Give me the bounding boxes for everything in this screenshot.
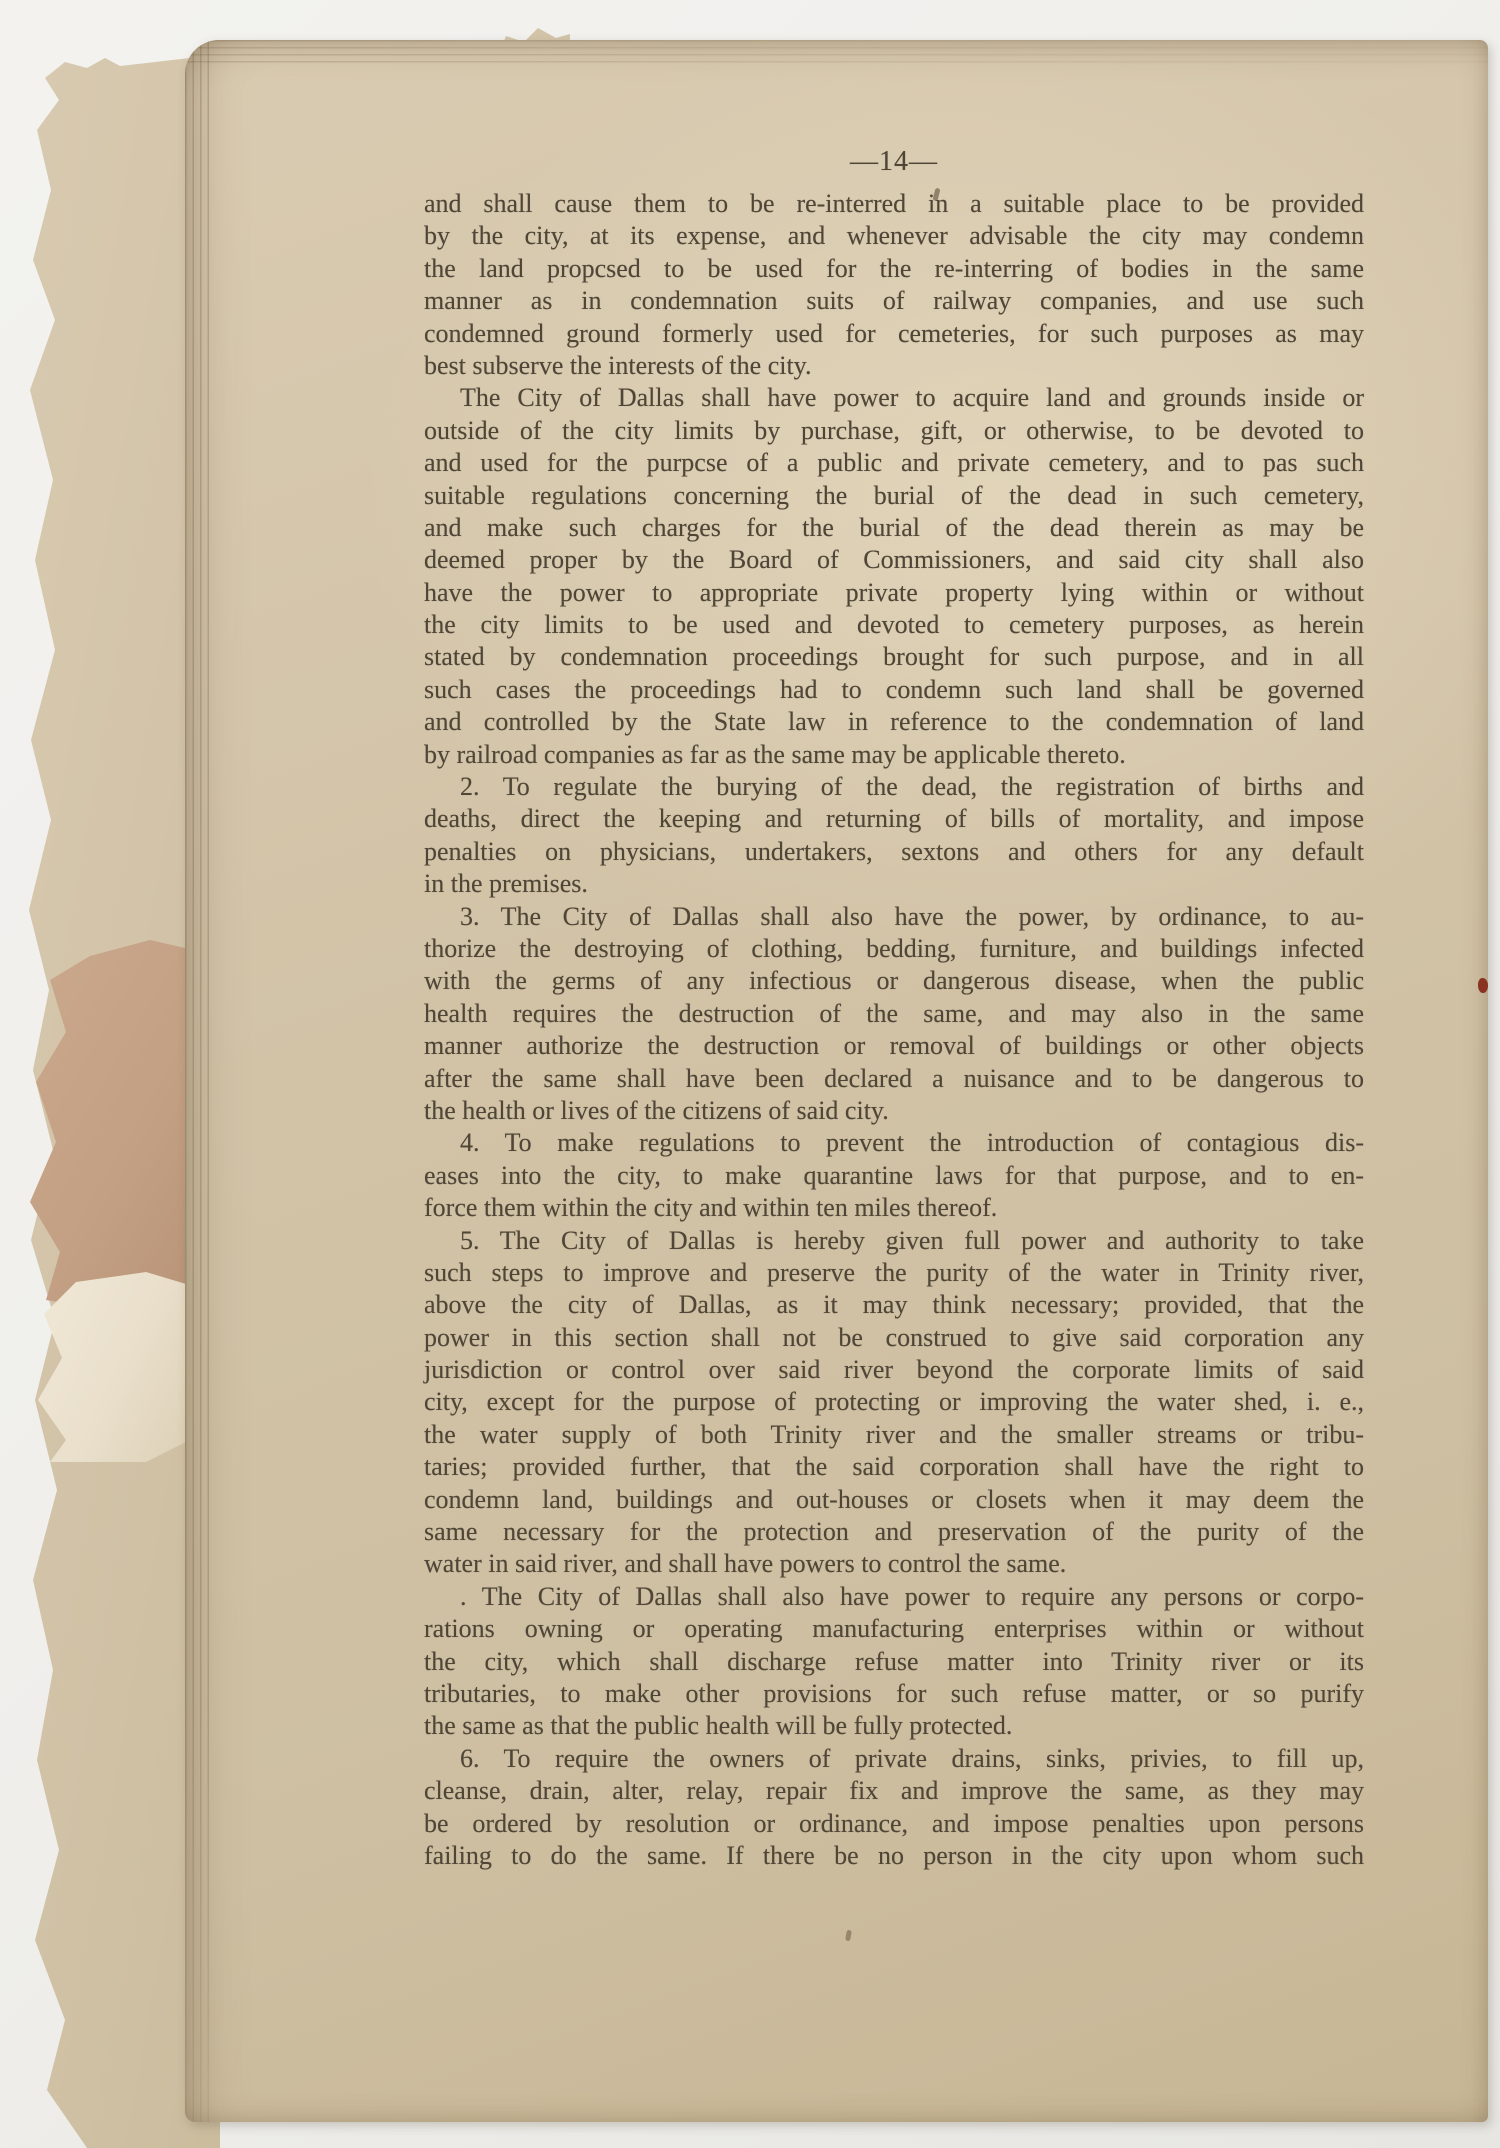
text-line: force them within the city and within te…: [424, 1192, 1364, 1224]
text-line: be ordered by resolution or ordinance, a…: [424, 1808, 1364, 1840]
book-page: —14— and shall cause them to be re-inter…: [185, 40, 1488, 2122]
text-line: with the germs of any infectious or dang…: [424, 965, 1364, 997]
text-line: . The City of Dallas shall also have pow…: [424, 1581, 1364, 1613]
paragraph: The City of Dallas shall have power to a…: [424, 382, 1364, 771]
text-line: manner authorize the destruction or remo…: [424, 1030, 1364, 1062]
page-stack-edges-top: [185, 40, 1488, 66]
page-stack-edges-left: [185, 40, 215, 2122]
text-line: deaths, direct the keeping and returning…: [424, 803, 1364, 835]
text-line: eases into the city, to make quarantine …: [424, 1160, 1364, 1192]
text-line: by railroad companies as far as the same…: [424, 739, 1364, 771]
text-line: by the city, at its expense, and wheneve…: [424, 220, 1364, 252]
text-line: failing to do the same. If there be no p…: [424, 1840, 1364, 1872]
text-line: thorize the destroying of clothing, bedd…: [424, 933, 1364, 965]
paragraph: 2. To regulate the burying of the dead, …: [424, 771, 1364, 901]
text-line: city, except for the purpose of protecti…: [424, 1386, 1364, 1418]
text-line: the city limits to be used and devoted t…: [424, 609, 1364, 641]
text-line: and controlled by the State law in refer…: [424, 706, 1364, 738]
text-line: condemn land, buildings and out-houses o…: [424, 1484, 1364, 1516]
text-line: manner as in condemnation suits of railw…: [424, 285, 1364, 317]
text-line: best subserve the interests of the city.: [424, 350, 1364, 382]
paragraph: 6. To require the owners of private drai…: [424, 1743, 1364, 1873]
text-line: cleanse, drain, alter, relay, repair fix…: [424, 1775, 1364, 1807]
text-line: 5. The City of Dallas is hereby given fu…: [424, 1225, 1364, 1257]
text-line: 3. The City of Dallas shall also have th…: [424, 901, 1364, 933]
text-line: have the power to appropriate private pr…: [424, 577, 1364, 609]
text-line: 6. To require the owners of private drai…: [424, 1743, 1364, 1775]
text-line: such cases the proceedings had to condem…: [424, 674, 1364, 706]
page-number: —14—: [424, 146, 1364, 178]
paragraph: 4. To make regulations to prevent the in…: [424, 1127, 1364, 1224]
paragraph: 5. The City of Dallas is hereby given fu…: [424, 1225, 1364, 1581]
text-line: deemed proper by the Board of Commission…: [424, 544, 1364, 576]
paragraph: and shall cause them to be re-interred i…: [424, 188, 1364, 382]
text-line: 4. To make regulations to prevent the in…: [424, 1127, 1364, 1159]
text-line: and used for the purpcse of a public and…: [424, 447, 1364, 479]
text-line: rations owning or operating manufacturin…: [424, 1613, 1364, 1645]
text-line: suitable regulations concerning the buri…: [424, 480, 1364, 512]
text-line: the land propcsed to be used for the re-…: [424, 253, 1364, 285]
text-line: the city, which shall discharge refuse m…: [424, 1646, 1364, 1678]
text-line: the health or lives of the citizens of s…: [424, 1095, 1364, 1127]
text-line: health requires the destruction of the s…: [424, 998, 1364, 1030]
paper-speck-red: [1478, 978, 1488, 993]
text-line: above the city of Dallas, as it may thin…: [424, 1289, 1364, 1321]
text-line: power in this section shall not be const…: [424, 1322, 1364, 1354]
text-line: outside of the city limits by purchase, …: [424, 415, 1364, 447]
paragraph: . The City of Dallas shall also have pow…: [424, 1581, 1364, 1743]
text-line: tributaries, to make other provisions fo…: [424, 1678, 1364, 1710]
text-line: the same as that the public health will …: [424, 1710, 1364, 1742]
paragraph: 3. The City of Dallas shall also have th…: [424, 901, 1364, 1128]
text-line: condemned ground formerly used for cemet…: [424, 318, 1364, 350]
text-line: after the same shall have been declared …: [424, 1063, 1364, 1095]
page-text-block: and shall cause them to be re-interred i…: [424, 188, 1364, 1872]
text-line: such steps to improve and preserve the p…: [424, 1257, 1364, 1289]
text-line: jurisdiction or control over said river …: [424, 1354, 1364, 1386]
text-line: penalties on physicians, undertakers, se…: [424, 836, 1364, 868]
text-line: water in said river, and shall have powe…: [424, 1548, 1364, 1580]
text-line: The City of Dallas shall have power to a…: [424, 382, 1364, 414]
text-line: 2. To regulate the burying of the dead, …: [424, 771, 1364, 803]
text-line: stated by condemnation proceedings broug…: [424, 641, 1364, 673]
text-line: and shall cause them to be re-interred i…: [424, 188, 1364, 220]
text-line: same necessary for the protection and pr…: [424, 1516, 1364, 1548]
scanned-document-screenshot: { "document": { "page_number": "—14—", "…: [0, 0, 1500, 2148]
text-line: the water supply of both Trinity river a…: [424, 1419, 1364, 1451]
text-line: and make such charges for the burial of …: [424, 512, 1364, 544]
text-line: in the premises.: [424, 868, 1364, 900]
text-line: taries; provided further, that the said …: [424, 1451, 1364, 1483]
